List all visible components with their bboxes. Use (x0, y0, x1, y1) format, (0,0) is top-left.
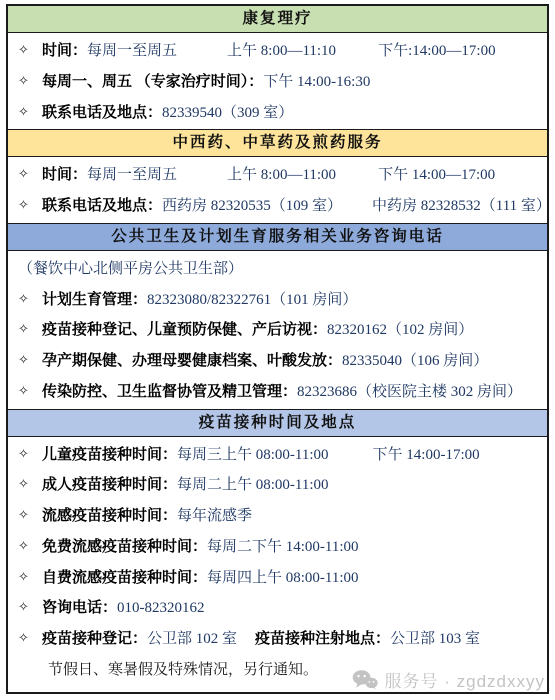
item-value: 82320162（102 房间） (327, 323, 473, 339)
diamond-bullet-icon: ✧ (18, 322, 42, 336)
item-label: 每周一、周五 （专家治疗时间）： (42, 75, 263, 91)
item-label: 疫苗接种登记： (42, 632, 147, 648)
item-label: 免费流感疫苗接种时间： (42, 540, 207, 556)
item-value: 西药房 82320535（109 室） (162, 199, 342, 215)
section-header: 疫苗接种时间及地点 (8, 409, 547, 437)
diamond-bullet-icon: ✧ (18, 198, 42, 212)
section-body: ✧时间：每周一至周五上午 8:00—11:10下午:14:00—17:00✧每周… (8, 33, 547, 129)
service-table: 康复理疗✧时间：每周一至周五上午 8:00—11:10下午:14:00—17:0… (6, 4, 549, 694)
list-item: ✧时间：每周一至周五上午 8:00—11:10下午:14:00—17:00 (8, 36, 547, 67)
diamond-bullet-icon: ✧ (18, 353, 42, 367)
diamond-bullet-icon: ✧ (18, 384, 42, 398)
section-body: ✧时间：每周一至周五上午 8:00—11:00下午 14:00—17:00✧联系… (8, 157, 547, 223)
item-label: 流感疫苗接种时间： (42, 509, 177, 525)
section-body: （餐饮中心北侧平房公共卫生部）✧计划生育管理：82323080/82322761… (8, 251, 547, 409)
diamond-bullet-icon: ✧ (18, 631, 42, 645)
list-item: ✧成人疫苗接种时间：每周二上午 08:00-11:00 (8, 470, 547, 501)
item-value: 每周一至周五 (87, 168, 177, 184)
item-value: 010-82320162 (117, 601, 205, 617)
item-value: 82339540（309 室） (162, 106, 293, 122)
list-item: ✧联系电话及地点：82339540（309 室） (8, 98, 547, 129)
item-label: 咨询电话： (42, 601, 117, 617)
wechat-icon (352, 669, 378, 690)
list-item: ✧免费流感疫苗接种时间：每周二下午 14:00-11:00 (8, 532, 547, 563)
item-label: 自费流感疫苗接种时间： (42, 571, 207, 587)
diamond-bullet-icon: ✧ (18, 74, 42, 88)
diamond-bullet-icon: ✧ (18, 477, 42, 491)
list-item: ✧自费流感疫苗接种时间：每周四上午 08:00-11:00 (8, 563, 547, 594)
section-0: 康复理疗✧时间：每周一至周五上午 8:00—11:10下午:14:00—17:0… (8, 6, 547, 129)
diamond-bullet-icon: ✧ (18, 167, 42, 181)
list-item: ✧疫苗接种登记：公卫部 102 室疫苗接种注射地点：公卫部 103 室 (8, 624, 547, 655)
diamond-bullet-icon: ✧ (18, 539, 42, 553)
list-item: ✧传染防控、卫生监督协管及精卫管理：82323686（校医院主楼 302 房间） (8, 377, 547, 408)
section-header: 康复理疗 (8, 6, 547, 33)
watermark-label: 服务号 · zgdzdxxyy (385, 667, 545, 692)
diamond-bullet-icon: ✧ (18, 508, 42, 522)
item-label: 传染防控、卫生监督协管及精卫管理： (42, 385, 297, 401)
section-header: 公共卫生及计划生育服务相关业务咨询电话 (8, 223, 547, 251)
diamond-bullet-icon: ✧ (18, 447, 42, 461)
item-value: 下午 14:00-17:00 (373, 448, 480, 464)
section-3: 疫苗接种时间及地点✧儿童疫苗接种时间：每周三上午 08:00-11:00下午 1… (8, 409, 547, 687)
list-item: ✧孕产期保健、办理母婴健康档案、叶酸发放：82335040（106 房间） (8, 346, 547, 377)
list-item: ✧计划生育管理：82323080/82322761（101 房间） (8, 285, 547, 316)
list-item: ✧疫苗接种登记、儿童预防保健、产后访视：82320162（102 房间） (8, 315, 547, 346)
item-value: 每周一至周五 (87, 44, 177, 60)
item-value: 82323686（校医院主楼 302 房间） (297, 385, 522, 401)
item-value: 82335040（106 房间） (342, 354, 488, 370)
section-header: 中西药、中草药及煎药服务 (8, 129, 547, 157)
item-value: 每周四上午 08:00-11:00 (207, 571, 359, 587)
item-label: 时间： (42, 44, 87, 60)
list-item: ✧咨询电话：010-82320162 (8, 593, 547, 624)
list-item: ✧流感疫苗接种时间：每年流感季 (8, 501, 547, 532)
item-value: 82323080/82322761（101 房间） (147, 293, 357, 309)
list-item: （餐饮中心北侧平房公共卫生部） (8, 254, 547, 285)
diamond-bullet-icon: ✧ (18, 292, 42, 306)
item-value: 每周三上午 08:00-11:00 (177, 448, 329, 464)
item-value: （餐饮中心北侧平房公共卫生部） (18, 262, 243, 278)
item-label: 孕产期保健、办理母婴健康档案、叶酸发放： (42, 354, 342, 370)
diamond-bullet-icon: ✧ (18, 105, 42, 119)
item-label: 时间： (42, 168, 87, 184)
item-value: 每周二上午 08:00-11:00 (177, 478, 329, 494)
item-label: 儿童疫苗接种时间： (42, 448, 177, 464)
section-2: 公共卫生及计划生育服务相关业务咨询电话（餐饮中心北侧平房公共卫生部）✧计划生育管… (8, 223, 547, 409)
item-value: 上午 8:00—11:10 (227, 44, 336, 60)
item-note: 节假日、寒暑假及特殊情况，另行通知。 (48, 663, 318, 679)
item-value: 每周二下午 14:00-11:00 (207, 540, 359, 556)
item-label: 联系电话及地点： (42, 106, 162, 122)
item-label: 成人疫苗接种时间： (42, 478, 177, 494)
item-value: 公卫部 103 室 (390, 632, 480, 648)
item-value: 下午:14:00—17:00 (378, 44, 496, 60)
section-1: 中西药、中草药及煎药服务✧时间：每周一至周五上午 8:00—11:00下午 14… (8, 129, 547, 223)
diamond-bullet-icon: ✧ (18, 43, 42, 57)
item-label: 联系电话及地点： (42, 199, 162, 215)
section-body: ✧儿童疫苗接种时间：每周三上午 08:00-11:00下午 14:00-17:0… (8, 437, 547, 687)
list-item: ✧时间：每周一至周五上午 8:00—11:00下午 14:00—17:00 (8, 160, 547, 191)
item-value: 上午 8:00—11:00 (227, 168, 336, 184)
item-label: 疫苗接种登记、儿童预防保健、产后访视： (42, 323, 327, 339)
diamond-bullet-icon: ✧ (18, 600, 42, 614)
list-item: ✧联系电话及地点：西药房 82320535（109 室）中药房 82328532… (8, 191, 547, 222)
diamond-bullet-icon: ✧ (18, 570, 42, 584)
item-value: 每年流感季 (177, 509, 252, 525)
item-value: 中药房 82328532（111 室） (372, 199, 551, 215)
item-label: 计划生育管理： (42, 293, 147, 309)
item-value: 下午 14:00-16:30 (263, 75, 370, 91)
list-item: ✧每周一、周五 （专家治疗时间）：下午 14:00-16:30 (8, 67, 547, 98)
item-value: 公卫部 102 室 (147, 632, 237, 648)
watermark: 服务号 · zgdzdxxyy (352, 667, 545, 692)
item-label: 疫苗接种注射地点： (255, 632, 390, 648)
list-item: ✧儿童疫苗接种时间：每周三上午 08:00-11:00下午 14:00-17:0… (8, 440, 547, 471)
item-value: 下午 14:00—17:00 (378, 168, 495, 184)
